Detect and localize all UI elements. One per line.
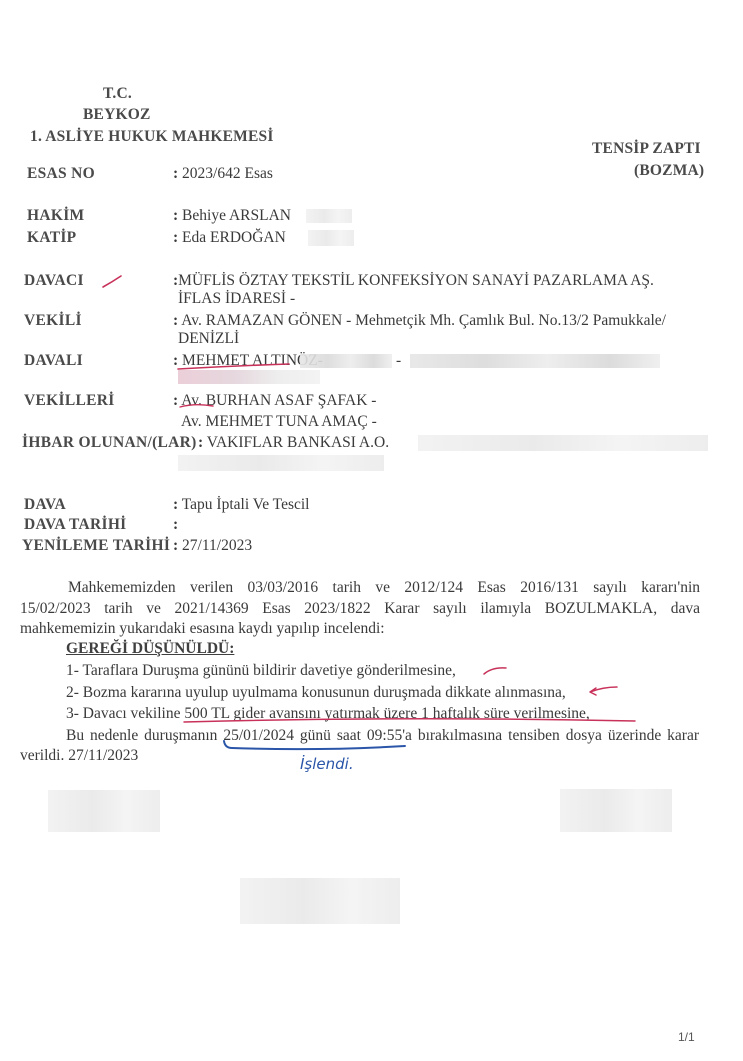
red-check-mark xyxy=(103,276,121,287)
red-underline-davali xyxy=(178,364,289,369)
redacted-signature-left xyxy=(48,790,160,832)
handwritten-note: İşlendi. xyxy=(300,755,354,773)
redacted-signature-center xyxy=(240,878,400,924)
blue-underline-date xyxy=(224,741,405,749)
red-tick-item-1 xyxy=(484,668,506,674)
red-underline-vekilleri xyxy=(180,405,213,407)
red-arrow-item-2 xyxy=(590,687,617,695)
redacted-signature-right xyxy=(560,789,672,832)
page-number: 1/1 xyxy=(678,1030,695,1044)
red-underline-item-3 xyxy=(184,719,635,722)
